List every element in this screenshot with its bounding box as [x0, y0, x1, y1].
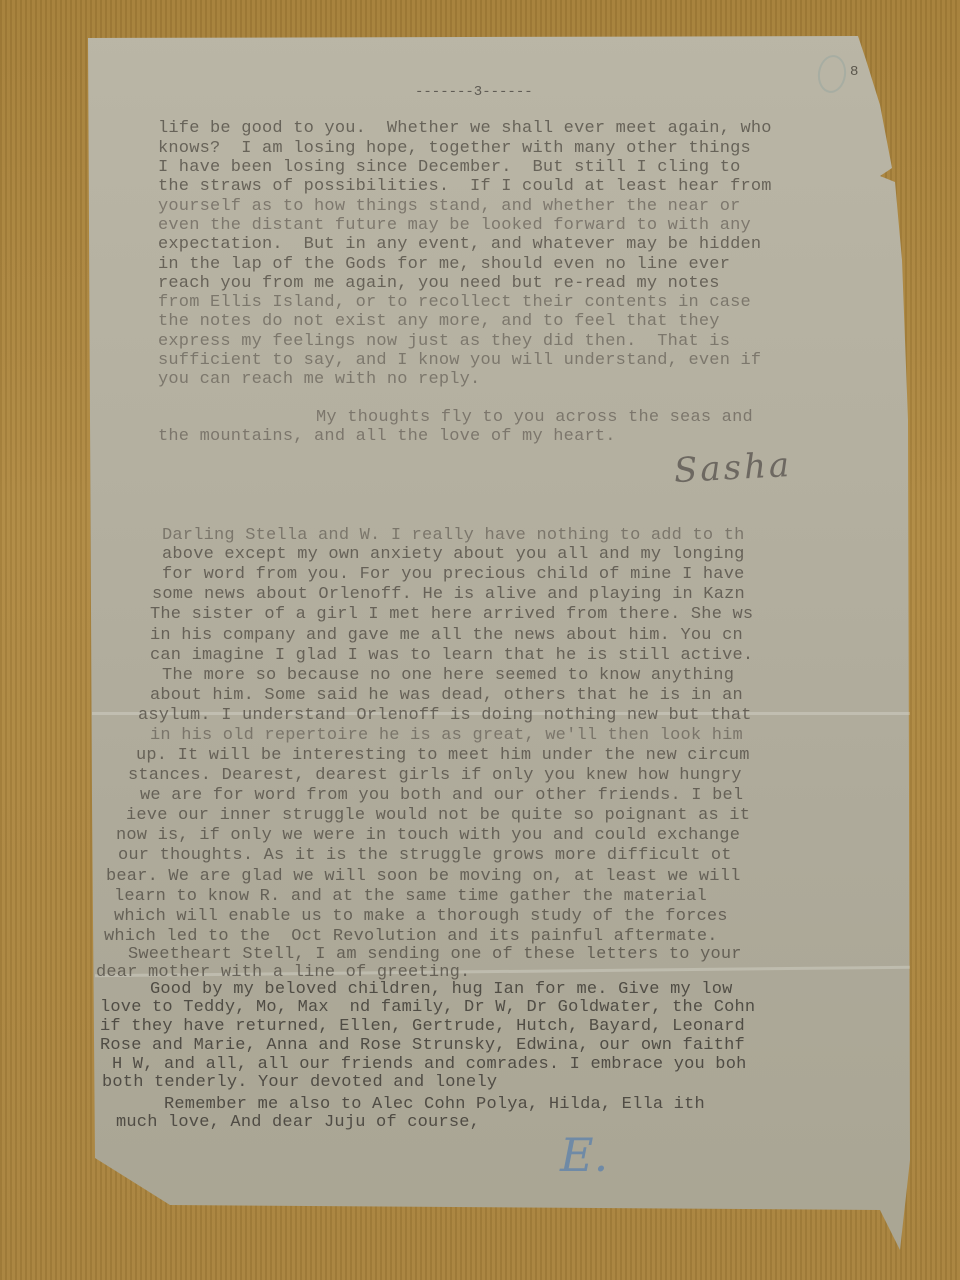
text-line: asylum. I understand Orlenoff is doing n…	[138, 707, 752, 724]
text-line: above except my own anxiety about you al…	[162, 546, 745, 563]
text-line: Sweetheart Stell, I am sending one of th…	[128, 946, 742, 963]
text-line-overstruck: in his old repertoire he is as great, we…	[150, 727, 743, 744]
corner-mark: 8	[850, 64, 858, 80]
text-line: The sister of a girl I met here arrived …	[150, 606, 753, 623]
text-line: in the lap of the Gods for me, should ev…	[158, 256, 730, 273]
signature-initial: E.	[560, 1128, 608, 1182]
text-line: expectation. But in any event, and whate…	[158, 236, 761, 253]
text-line: bear. We are glad we will soon be moving…	[106, 868, 741, 885]
text-line: we are for word from you both and our ot…	[140, 787, 743, 804]
page-number: -------3------	[415, 84, 533, 100]
text-line: Darling Stella and W. I really have noth…	[162, 527, 745, 544]
text-line: can imagine I glad I was to learn that h…	[150, 647, 753, 664]
text-line: from Ellis Island, or to recollect their…	[158, 294, 751, 311]
text-line: some news about Orlenoff. He is alive an…	[152, 586, 745, 603]
text-line: you can reach me with no reply.	[158, 371, 480, 388]
text-line: knows? I am losing hope, together with m…	[158, 140, 751, 157]
text-line: I have been losing since December. But s…	[158, 159, 741, 176]
text-line: Good by my beloved children, hug Ian for…	[150, 981, 733, 998]
text-line: love to Teddy, Mo, Max nd family, Dr W, …	[100, 999, 755, 1016]
closing-line: the mountains, and all the love of my he…	[158, 428, 616, 445]
text-line: yourself as to how things stand, and whe…	[158, 198, 741, 215]
text-line: ieve our inner struggle would not be qui…	[126, 807, 750, 824]
text-line: even the distant future may be looked fo…	[158, 217, 751, 234]
text-line: our thoughts. As it is the struggle grow…	[118, 847, 732, 864]
text-line: life be good to you. Whether we shall ev…	[158, 120, 772, 137]
text-line: much love, And dear Juju of course,	[116, 1114, 480, 1131]
closing-line: My thoughts fly to you across the seas a…	[316, 409, 753, 426]
text-line: learn to know R. and at the same time ga…	[114, 888, 707, 905]
text-line: express my feelings now just as they did…	[158, 333, 730, 350]
text-line: which will enable us to make a thorough …	[114, 908, 728, 925]
text-line: stances. Dearest, dearest girls if only …	[128, 767, 742, 784]
text-line: in his company and gave me all the news …	[150, 627, 743, 644]
signature-sasha: Sasha	[673, 445, 793, 491]
text-line: sufficient to say, and I know you will u…	[158, 352, 761, 369]
text-line: The more so because no one here seemed t…	[162, 667, 734, 684]
text-line: the notes do not exist any more, and to …	[158, 313, 720, 330]
text-line: if they have returned, Ellen, Gertrude, …	[100, 1018, 745, 1035]
text-line: now is, if only we were in touch with yo…	[116, 827, 740, 844]
text-line: for word from you. For you precious chil…	[162, 566, 745, 583]
text-line: the straws of possibilities. If I could …	[158, 178, 772, 195]
text-line: Remember me also to Alec Cohn Polya, Hil…	[164, 1096, 705, 1113]
text-line: up. It will be interesting to meet him u…	[136, 747, 750, 764]
text-line: which led to the Oct Revolution and its …	[104, 928, 718, 945]
text-line: H W, and all, all our friends and comrad…	[112, 1056, 747, 1073]
text-line: reach you from me again, you need but re…	[158, 275, 720, 292]
text-line: about him. Some said he was dead, others…	[150, 687, 743, 704]
text-line: dear mother with a line of greeting.	[96, 964, 470, 981]
text-line: Rose and Marie, Anna and Rose Strunsky, …	[100, 1037, 745, 1054]
text-line: both tenderly. Your devoted and lonely	[102, 1074, 497, 1091]
